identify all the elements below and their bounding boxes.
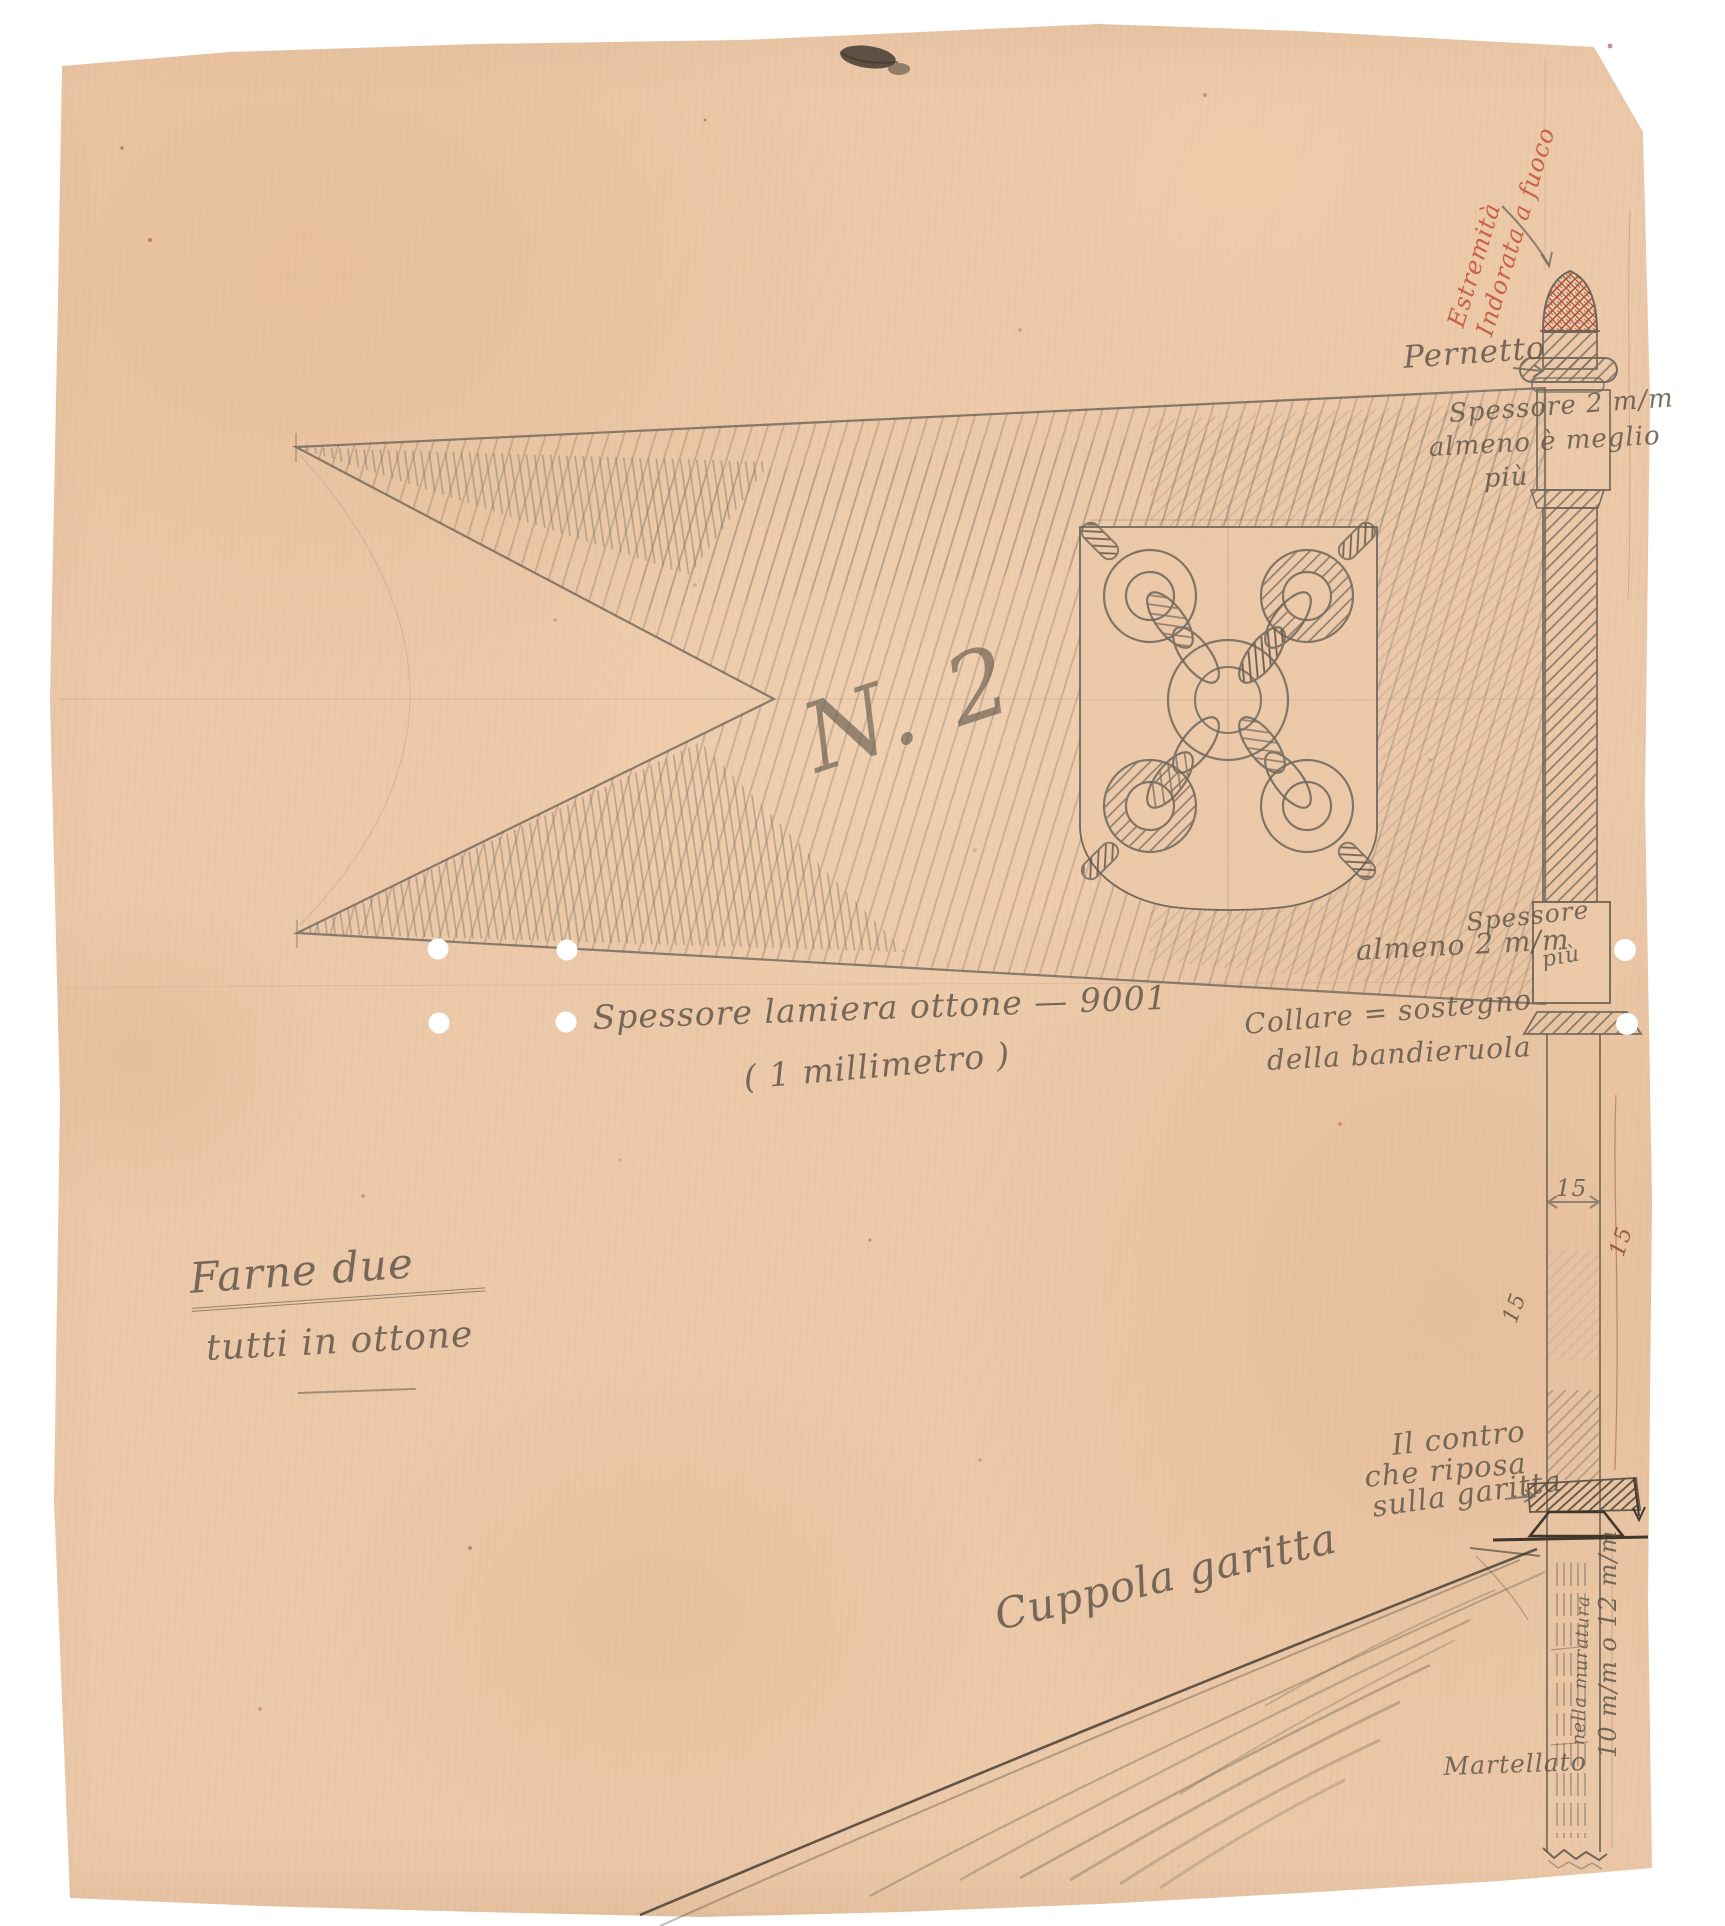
scanned-sketch-page: Estremità Indorata a fuoco Pernetto Spes…: [0, 0, 1725, 1926]
pole-bottom-note-line2: 10 m/m o 12 m/m: [1594, 1530, 1622, 1758]
hammered-label: Martellato: [1443, 1747, 1587, 1781]
pole-width-dim: 15: [1556, 1176, 1587, 1202]
top-thickness-line3: più: [1483, 462, 1529, 494]
